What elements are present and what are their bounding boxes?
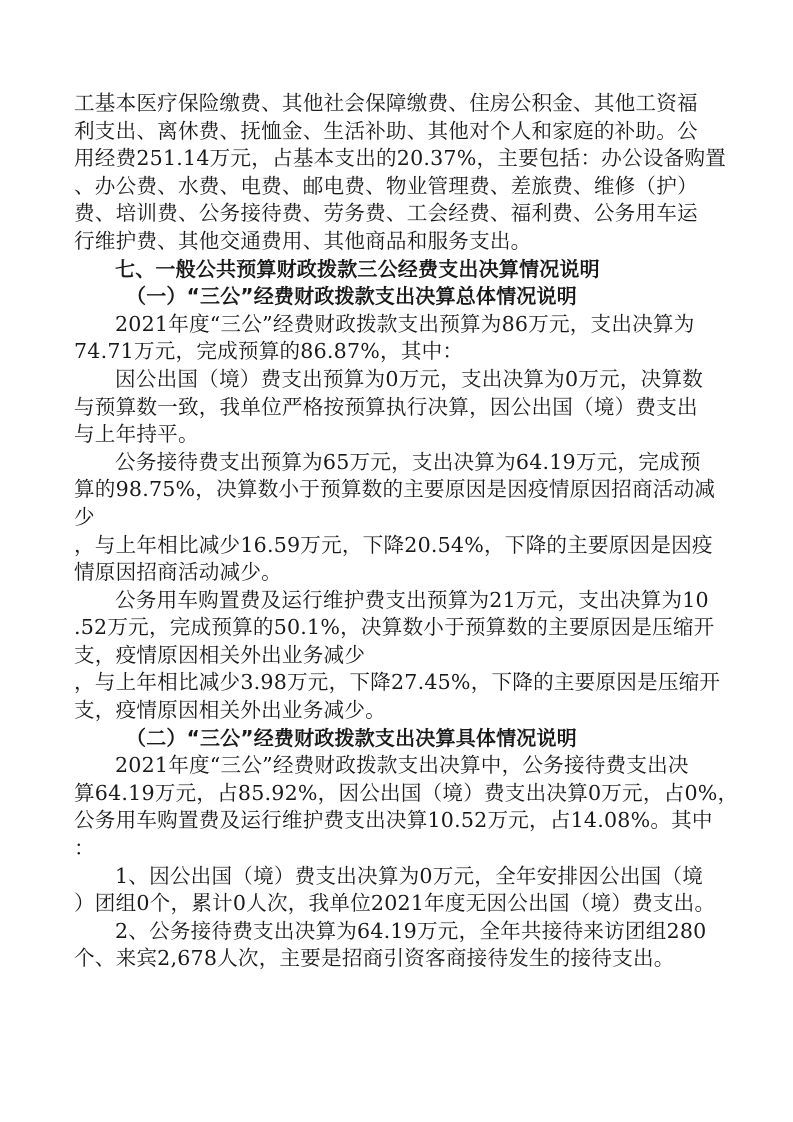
paragraph-start: 2021年度“三公”经费财政拨款支出预算为86万元，支出决算为	[74, 311, 724, 339]
body-line: 、办公费、水费、电费、邮电费、物业管理费、差旅费、维修（护）	[74, 173, 724, 201]
body-line: 支，疫情原因相关外出业务减少。	[74, 697, 724, 725]
document-page: 工基本医疗保险缴费、其他社会保障缴费、住房公积金、其他工资福 利支出、离休费、抚…	[74, 90, 724, 973]
paragraph-start: 因公出国（境）费支出预算为0万元，支出决算为0万元，决算数	[74, 366, 724, 394]
list-item-1: 1、因公出国（境）费支出决算为0万元，全年安排因公出国（境	[74, 863, 724, 891]
subsection-heading-one: （一）“三公”经费财政拨款支出决算总体情况说明	[74, 283, 724, 311]
paragraph-start: 公务用车购置费及运行维护费支出预算为21万元，支出决算为10	[74, 587, 724, 615]
body-line: 支，疫情原因相关外出业务减少	[74, 642, 724, 670]
paragraph-start: 公务接待费支出预算为65万元，支出决算为64.19万元，完成预	[74, 449, 724, 477]
body-line: 与上年持平。	[74, 421, 724, 449]
body-line: 行维护费、其他交通费用、其他商品和服务支出。	[74, 228, 724, 256]
body-line: 情原因招商活动减少。	[74, 559, 724, 587]
section-heading-seven: 七、一般公共预算财政拨款三公经费支出决算情况说明	[74, 256, 724, 284]
body-line: 算64.19万元，占85.92%，因公出国（境）费支出决算0万元，占0%，	[74, 780, 724, 808]
body-line: 74.71万元，完成预算的86.87%，其中：	[74, 338, 724, 366]
body-line: 利支出、离休费、抚恤金、生活补助、其他对个人和家庭的补助。公	[74, 118, 724, 146]
body-line: .52万元，完成预算的50.1%，决算数小于预算数的主要原因是压缩开	[74, 614, 724, 642]
body-line: ，与上年相比减少16.59万元，下降20.54%，下降的主要原因是因疫	[74, 532, 724, 560]
body-line: 公务用车购置费及运行维护费支出决算10.52万元，占14.08%。其中	[74, 807, 724, 835]
body-line: 与预算数一致，我单位严格按预算执行决算，因公出国（境）费支出	[74, 394, 724, 422]
list-item-2: 2、公务接待费支出决算为64.19万元，全年共接待来访团组280	[74, 918, 724, 946]
body-line: ，与上年相比减少3.98万元，下降27.45%，下降的主要原因是压缩开	[74, 669, 724, 697]
subsection-heading-two: （二）“三公”经费财政拨款支出决算具体情况说明	[74, 725, 724, 753]
body-line: ：	[74, 835, 724, 863]
body-line: ）团组0个，累计0人次，我单位2021年度无因公出国（境）费支出。	[74, 890, 724, 918]
body-line: 工基本医疗保险缴费、其他社会保障缴费、住房公积金、其他工资福	[74, 90, 724, 118]
body-line: 用经费251.14万元，占基本支出的20.37%，主要包括：办公设备购置	[74, 145, 724, 173]
body-line: 个、来宾2,678人次，主要是招商引资客商接待发生的接待支出。	[74, 945, 724, 973]
body-line: 费、培训费、公务接待费、劳务费、工会经费、福利费、公务用车运	[74, 200, 724, 228]
paragraph-start: 2021年度“三公”经费财政拨款支出决算中，公务接待费支出决	[74, 752, 724, 780]
body-line: 少	[74, 504, 724, 532]
body-line: 算的98.75%，决算数小于预算数的主要原因是因疫情原因招商活动减	[74, 476, 724, 504]
